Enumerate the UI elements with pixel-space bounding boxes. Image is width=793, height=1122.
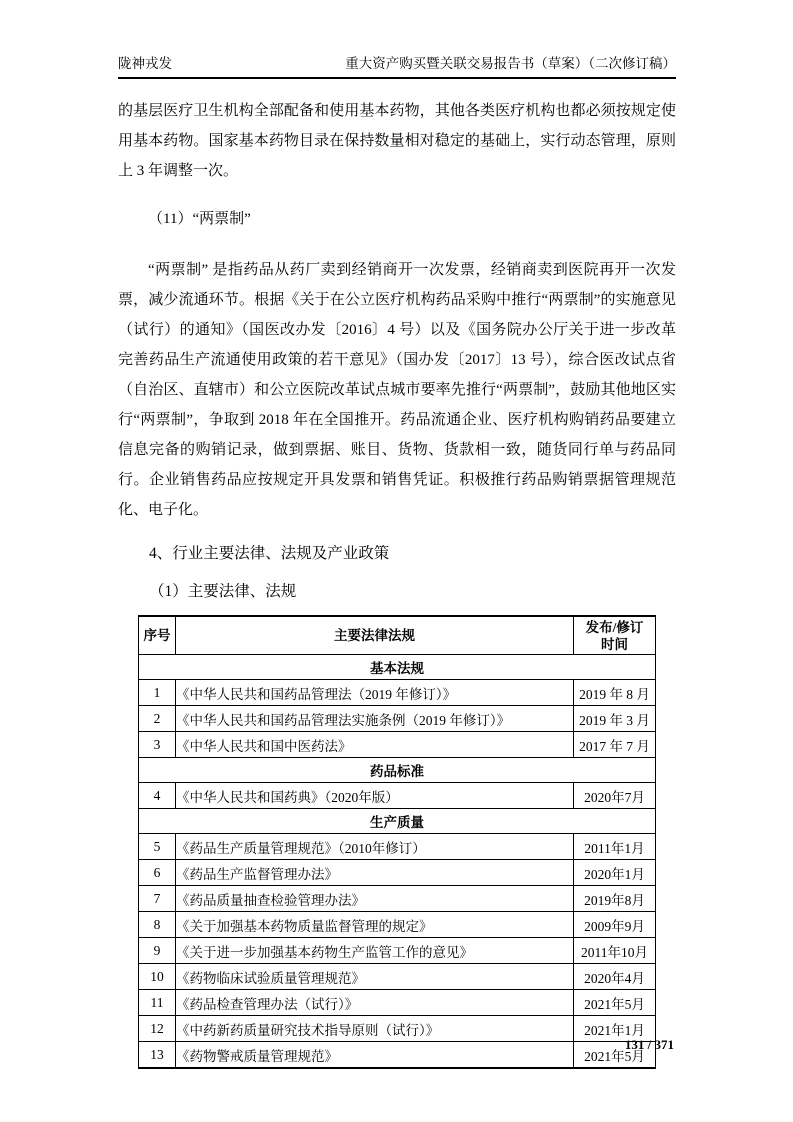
table-body: 基本法规1《中华人民共和国药品管理法（2019 年修订）》2019 年 8 月2…: [139, 655, 656, 1069]
table-cell-no: 12: [139, 1016, 176, 1042]
table-section-row: 基本法规: [139, 655, 656, 680]
table-row: 4《中华人民共和国药典》（2020年版）2020年7月: [139, 783, 656, 809]
heading-sub-1: （1）主要法律、法规: [118, 577, 676, 607]
running-header: 陇神戎发 重大资产购买暨关联交易报告书（草案）（二次修订稿）: [118, 52, 676, 79]
table-cell-date: 2020年7月: [574, 783, 656, 809]
table-cell-no: 5: [139, 834, 176, 860]
table-header: 序号 主要法律法规 发布/修订 时间: [139, 616, 656, 655]
paragraph-basic-drugs: 的基层医疗卫生机构全部配备和使用基本药物，其他各类医疗机构也都必须按规定使用基本…: [118, 96, 676, 186]
header-right-title: 重大资产购买暨关联交易报告书（草案）（二次修订稿）: [345, 52, 676, 72]
table-cell-date: 2020年1月: [574, 860, 656, 886]
section-label: 生产质量: [139, 809, 656, 834]
page-content: 的基层医疗卫生机构全部配备和使用基本药物，其他各类医疗机构也都必须按规定使用基本…: [118, 96, 676, 1069]
table-cell-no: 2: [139, 706, 176, 732]
table-row: 12《中药新药质量研究技术指导原则（试行）》2021年1月: [139, 1016, 656, 1042]
table-row: 7《药品质量抽查检验管理办法》2019年8月: [139, 886, 656, 912]
table-cell-title: 《药品生产监督管理办法》: [176, 860, 574, 886]
page-number: 131 / 371: [625, 1037, 674, 1053]
table-cell-title: 《中华人民共和国中医药法》: [176, 732, 574, 758]
table-header-row: 序号 主要法律法规 发布/修订 时间: [139, 616, 656, 655]
column-header-date: 发布/修订 时间: [574, 616, 656, 655]
table-cell-date: 2011年10月: [574, 938, 656, 964]
heading-item-11: （11）“两票制”: [118, 204, 676, 234]
table-cell-no: 6: [139, 860, 176, 886]
table-cell-title: 《中华人民共和国药典》（2020年版）: [176, 783, 574, 809]
column-header-no: 序号: [139, 616, 176, 655]
table-cell-no: 13: [139, 1042, 176, 1069]
table-row: 3《中华人民共和国中医药法》2017 年 7 月: [139, 732, 656, 758]
table-row: 2《中华人民共和国药品管理法实施条例（2019 年修订）》2019 年 3 月: [139, 706, 656, 732]
table-cell-date: 2011年1月: [574, 834, 656, 860]
table-row: 9《关于进一步加强基本药物生产监管工作的意见》2011年10月: [139, 938, 656, 964]
table-cell-no: 1: [139, 680, 176, 706]
table-row: 5《药品生产质量管理规范》（2010年修订）2011年1月: [139, 834, 656, 860]
table-cell-no: 9: [139, 938, 176, 964]
table-cell-date: 2019 年 3 月: [574, 706, 656, 732]
table-cell-date: 2021年5月: [574, 990, 656, 1016]
table-section-row: 药品标准: [139, 758, 656, 783]
table-cell-title: 《中华人民共和国药品管理法（2019 年修订）》: [176, 680, 574, 706]
table-cell-title: 《中华人民共和国药品管理法实施条例（2019 年修订）》: [176, 706, 574, 732]
table-cell-date: 2019 年 8 月: [574, 680, 656, 706]
table-cell-date: 2009年9月: [574, 912, 656, 938]
table-cell-date: 2017 年 7 月: [574, 732, 656, 758]
table-cell-title: 《药品生产质量管理规范》（2010年修订）: [176, 834, 574, 860]
table-cell-no: 4: [139, 783, 176, 809]
heading-section-4: 4、行业主要法律、法规及产业政策: [118, 539, 676, 569]
table-cell-title: 《关于加强基本药物质量监督管理的规定》: [176, 912, 574, 938]
table-cell-no: 11: [139, 990, 176, 1016]
section-label: 基本法规: [139, 655, 656, 680]
table-section-row: 生产质量: [139, 809, 656, 834]
table-cell-no: 8: [139, 912, 176, 938]
table-cell-no: 3: [139, 732, 176, 758]
table-cell-title: 《中药新药质量研究技术指导原则（试行）》: [176, 1016, 574, 1042]
table-row: 8《关于加强基本药物质量监督管理的规定》2009年9月: [139, 912, 656, 938]
table-cell-title: 《药物警戒质量管理规范》: [176, 1042, 574, 1069]
table-row: 6《药品生产监督管理办法》2020年1月: [139, 860, 656, 886]
header-left-title: 陇神戎发: [118, 52, 172, 72]
table-row: 10《药物临床试验质量管理规范》2020年4月: [139, 964, 656, 990]
document-page: 陇神戎发 重大资产购买暨关联交易报告书（草案）（二次修订稿） 的基层医疗卫生机构…: [0, 0, 793, 1122]
table-row: 11《药品检查管理办法（试行）》2021年5月: [139, 990, 656, 1016]
table-cell-title: 《药品质量抽查检验管理办法》: [176, 886, 574, 912]
table-row: 13《药物警戒质量管理规范》2021年5月: [139, 1042, 656, 1069]
table-cell-date: 2019年8月: [574, 886, 656, 912]
table-cell-no: 7: [139, 886, 176, 912]
laws-regulations-table: 序号 主要法律法规 发布/修订 时间 基本法规1《中华人民共和国药品管理法（20…: [138, 615, 656, 1069]
table-cell-date: 2020年4月: [574, 964, 656, 990]
table-cell-title: 《关于进一步加强基本药物生产监管工作的意见》: [176, 938, 574, 964]
column-header-title: 主要法律法规: [176, 616, 574, 655]
table-cell-title: 《药品检查管理办法（试行）》: [176, 990, 574, 1016]
section-label: 药品标准: [139, 758, 656, 783]
table-cell-no: 10: [139, 964, 176, 990]
table-row: 1《中华人民共和国药品管理法（2019 年修订）》2019 年 8 月: [139, 680, 656, 706]
paragraph-two-invoice-system: “两票制” 是指药品从药厂卖到经销商开一次发票，经销商卖到医院再开一次发票，减少…: [118, 255, 676, 525]
table-cell-title: 《药物临床试验质量管理规范》: [176, 964, 574, 990]
